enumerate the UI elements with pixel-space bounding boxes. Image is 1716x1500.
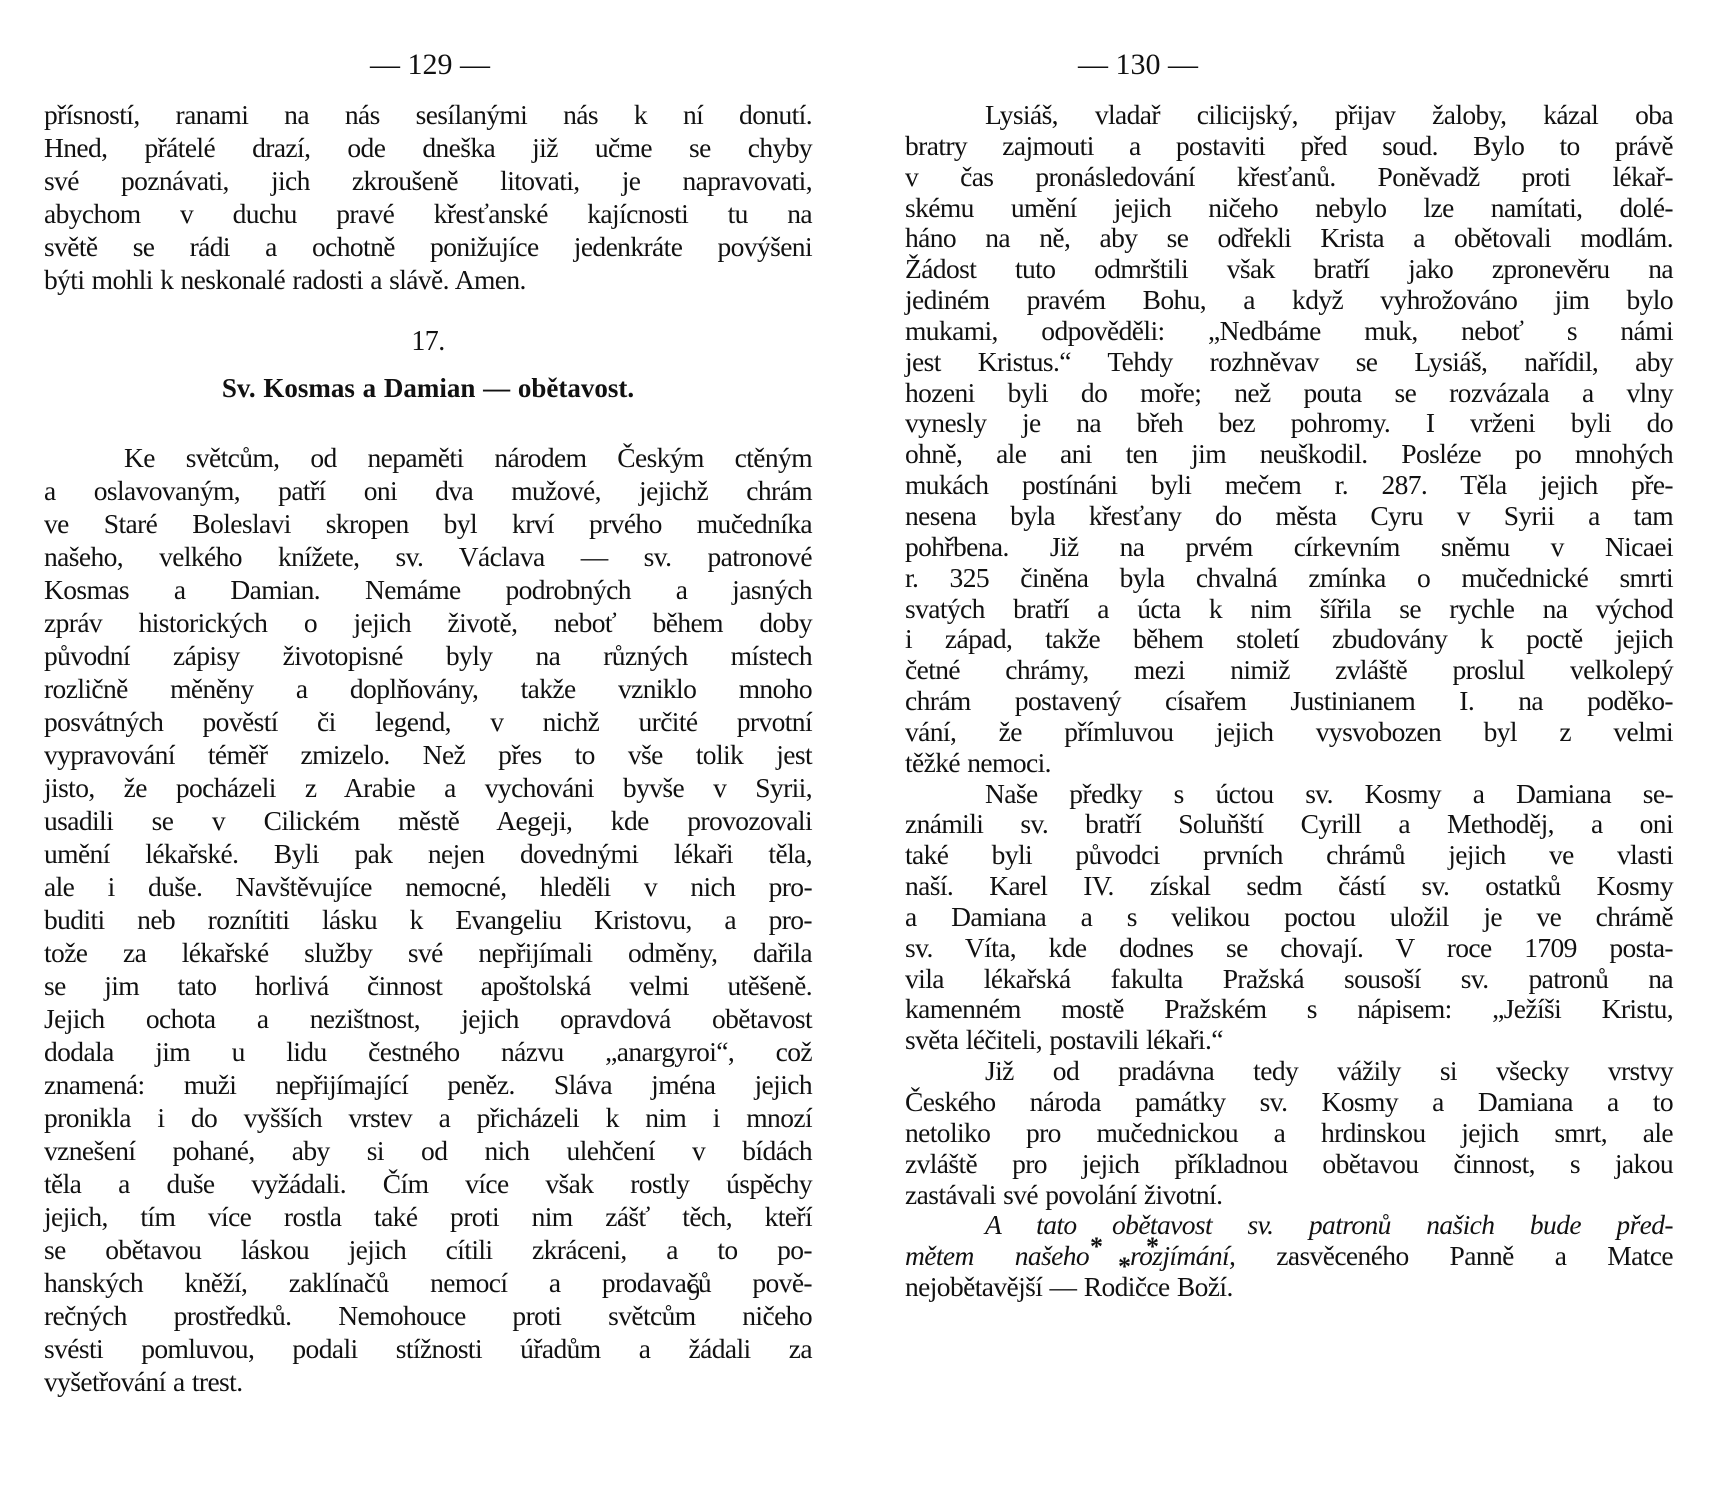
text-line: zpráv historických o jejich životě, nebo… <box>44 606 812 639</box>
text-line: háno na ně, aby se odřekli Krista a obět… <box>905 223 1673 254</box>
text-line: světě se rádi a ochotně ponižujíce jeden… <box>44 230 812 263</box>
left-page: — 129 — přísností, ranami na nás sesílan… <box>0 0 858 1500</box>
text-line: těžké nemoci. <box>905 748 1673 779</box>
text-line: r. 325 činěna byla chvalná zmínka o muče… <box>905 563 1673 594</box>
text-line: Ke světcům, od nepaměti národem Českým c… <box>44 441 812 474</box>
roman-phrase: zasvěceného Panně a Matce <box>1235 1240 1673 1271</box>
text-line: bratry zajmouti a postaviti před soud. B… <box>905 131 1673 162</box>
text-line: jest Kristus.“ Tehdy rozhněvav se Lysiáš… <box>905 347 1673 378</box>
text-line: svésti pomluvou, podali stížnosti úřadům… <box>44 1332 812 1365</box>
text-line: usadili se v Cilickém městě Aegeji, kde … <box>44 804 812 837</box>
text-line: pronikla i do vyšších vrstev a přicházel… <box>44 1101 812 1134</box>
opening-paragraph: přísností, ranami na nás sesílanými nás … <box>44 98 812 296</box>
text-line: v čas pronásledování křesťanů. Poněvadž … <box>905 162 1673 193</box>
text-line: se jim tato horlivá činnost apoštolská v… <box>44 969 812 1002</box>
text-line: posvátných pověstí či legend, v nichž ur… <box>44 705 812 738</box>
page-number-header: — 130 — <box>1038 48 1238 82</box>
text-line: netoliko pro mučednickou a hrdinskou jej… <box>905 1118 1673 1149</box>
text-line: známili sv. bratří Soluňští Cyrill a Met… <box>905 809 1673 840</box>
asterisk-left: * <box>1090 1232 1103 1262</box>
text-line: Kosmas a Damian. Nemáme podrobných a jas… <box>44 573 812 606</box>
text-line: dodala jim u lidu čestného názvu „anargy… <box>44 1035 812 1068</box>
text-line: svatých bratří a úcta k nim šířila se ry… <box>905 594 1673 625</box>
body-paragraph: Ke světcům, od nepaměti národem Českým c… <box>44 441 812 1398</box>
text-line: vyšetřování a trest. <box>44 1365 812 1398</box>
text-line: zvláště pro jejich příkladnou obětavou č… <box>905 1149 1673 1180</box>
text-line: zastávali své povolání životní. <box>905 1180 1673 1211</box>
text-line: také byli původci prvních chrámů jejich … <box>905 840 1673 871</box>
text-line: mukami, odpověděli: „Nedbáme muk, neboť … <box>905 316 1673 347</box>
text-line: pohřbena. Již na prvém církevním sněmu v… <box>905 532 1673 563</box>
text-line: Již od pradávna tedy vážily si všecky vr… <box>905 1056 1673 1087</box>
text-line: skému umění jejich ničeho nebylo lze nam… <box>905 193 1673 224</box>
text-line: naší. Karel IV. získal sedm částí sv. os… <box>905 871 1673 902</box>
asterisk-right: * <box>1146 1232 1159 1262</box>
text-line: i západ, takže během století zbudovány k… <box>905 624 1673 655</box>
text-line: se obětavou láskou jejich cítili zkrácen… <box>44 1233 812 1266</box>
text-line: své poznávati, jich zkroušeně litovati, … <box>44 164 812 197</box>
text-line: Naše předky s úctou sv. Kosmy a Damiana … <box>905 779 1673 810</box>
text-line: chrám postavený císařem Justinianem I. n… <box>905 686 1673 717</box>
text-line: Lysiáš, vladař cilicijský, přijav žaloby… <box>905 100 1673 131</box>
text-line: původní zápisy životopisné byly na různý… <box>44 639 812 672</box>
text-line: a Damiana a s velikou poctou uložil je v… <box>905 902 1673 933</box>
body-text: Lysiáš, vladař cilicijský, přijav žaloby… <box>905 100 1673 1303</box>
text-line: jisto, že pocházeli z Arabie a vychováni… <box>44 771 812 804</box>
print-speck <box>1290 1256 1293 1259</box>
text-line: mukách postínáni byli mečem r. 287. Těla… <box>905 470 1673 501</box>
text-line: sv. Víta, kde dodnes se chovají. V roce … <box>905 933 1673 964</box>
text-line: buditi neb roznítiti lásku k Evangeliu K… <box>44 903 812 936</box>
text-line: znamená: muži nepřijímající peněz. Sláva… <box>44 1068 812 1101</box>
text-line: kamenném mostě Pražském s nápisem: „Ježí… <box>905 994 1673 1025</box>
text-line: vypravování téměř zmizelo. Než přes to v… <box>44 738 812 771</box>
text-line: Jejich ochota a nezištnost, jejich oprav… <box>44 1002 812 1035</box>
text-line: jediném pravém Bohu, a když vyhrožováno … <box>905 285 1673 316</box>
text-line: Českého národa památky sv. Kosmy a Damia… <box>905 1087 1673 1118</box>
text-line: Hned, přátelé drazí, ode dneška již učme… <box>44 131 812 164</box>
asterisk-bottom: * <box>1118 1252 1131 1282</box>
text-line: jejich, tím více rostla také proti nim z… <box>44 1200 812 1233</box>
right-page: — 130 — Lysiáš, vladař cilicijský, přija… <box>858 0 1716 1500</box>
text-line: abychom v duchu pravé křesťanské kajícno… <box>44 197 812 230</box>
text-line: vila lékařská fakulta Pražská sousoší sv… <box>905 964 1673 995</box>
text-line: vání, že přímluvou jejich vysvobozen byl… <box>905 717 1673 748</box>
text-line: vznešení pohané, aby si od nich ulehčení… <box>44 1134 812 1167</box>
chapter-title: Sv. Kosmas a Damian — obětavost. <box>44 366 812 410</box>
text-line: rozličně měněny a doplňovány, takže vzni… <box>44 672 812 705</box>
text-line: umění lékařské. Byli pak nejen dovednými… <box>44 837 812 870</box>
text-line: našeho, velkého knížete, sv. Václava — s… <box>44 540 812 573</box>
chapter-number: 17. <box>44 318 812 366</box>
text-line: tože za lékařské služby své nepřijímali … <box>44 936 812 969</box>
text-line: ohně, ale ani ten jim neuškodil. Posléze… <box>905 439 1673 470</box>
text-line: ve Staré Boleslavi skropen byl krví prvé… <box>44 507 812 540</box>
page-number-header: — 129 — <box>330 48 530 82</box>
asterism-ornament: * * * <box>1090 1232 1290 1292</box>
text-line: světa léčiteli, postavili lékaři.“ <box>905 1025 1673 1056</box>
text-line: četné chrámy, mezi nimiž zvláště proslul… <box>905 655 1673 686</box>
chapter-heading: 17. Sv. Kosmas a Damian — obětavost. <box>44 318 812 410</box>
text-line: hozeni byli do moře; než pouta se rozváz… <box>905 378 1673 409</box>
text-line: a oslavovaným, patří oni dva mužové, jej… <box>44 474 812 507</box>
text-line: nesena byla křesťany do města Cyru v Syr… <box>905 501 1673 532</box>
text-line: Žádost tuto odmrštili však bratří jako z… <box>905 254 1673 285</box>
text-line: býti mohli k neskonalé radosti a slávě. … <box>44 263 812 296</box>
signature-mark: 9 <box>688 1280 700 1307</box>
text-line: ale i duše. Navštěvujíce nemocné, hleděl… <box>44 870 812 903</box>
text-line: vynesly je na břeh bez pohromy. I vrženi… <box>905 408 1673 439</box>
text-line: těla a duše vyžádali. Čím více však rost… <box>44 1167 812 1200</box>
text-line: přísností, ranami na nás sesílanými nás … <box>44 98 812 131</box>
